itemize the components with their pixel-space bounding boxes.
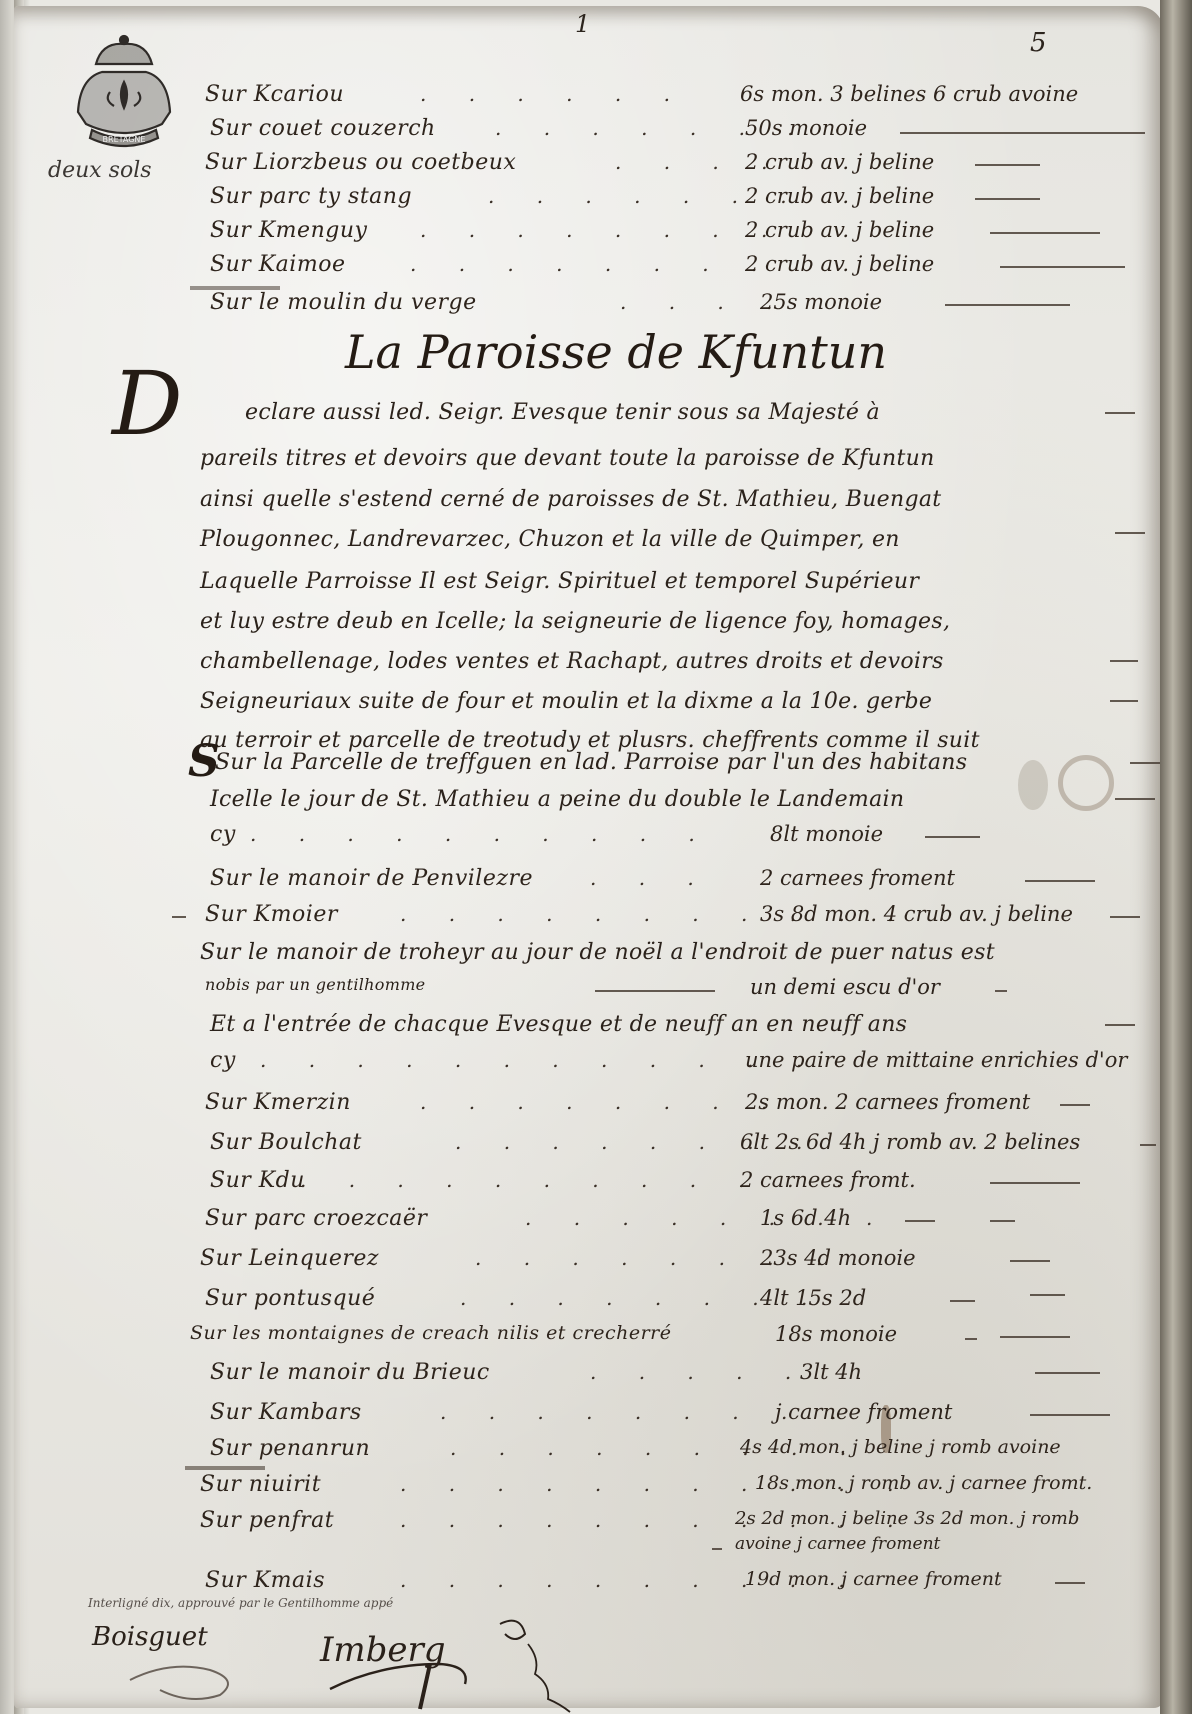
entry-value: 1s 6d 4h	[760, 1206, 851, 1230]
entry-label: Sur Kmais	[205, 1568, 325, 1593]
entry-value: 4lt 15s 2d	[760, 1286, 866, 1310]
dash-line	[975, 164, 1040, 166]
entry-value: 2 crub av. j beline	[745, 218, 934, 242]
dash-line	[990, 232, 1100, 234]
leader-dots: . . . . . . . .	[420, 1090, 785, 1114]
paragraph-line: Sur le manoir de troheyr au jour de noël…	[200, 940, 995, 965]
page-stack-edge	[1160, 0, 1192, 1714]
paragraph-line: Laquelle Parroisse Il est Seigr. Spiritu…	[200, 569, 919, 594]
dash-line	[950, 1300, 975, 1302]
svg-text:BRETAGNE: BRETAGNE	[103, 135, 146, 144]
dash-line	[1110, 916, 1140, 918]
dash-line	[1000, 1336, 1070, 1338]
section-title: La Paroisse de Kfuntun	[345, 325, 887, 379]
dash-line	[905, 1220, 935, 1222]
dash-line	[1030, 1414, 1110, 1416]
entry-value: 19d mon. j carnee froment	[745, 1568, 1002, 1590]
entry-label: Sur parc croezcaër	[205, 1206, 427, 1231]
entry-value: 2 crub av. j beline	[745, 252, 934, 276]
entry-value: 4s 4d mon. j beline j romb avoine	[740, 1436, 1061, 1458]
royal-stamp: BRETAGNE	[66, 34, 182, 152]
dash-line	[1060, 1104, 1090, 1106]
dash-line	[990, 1182, 1080, 1184]
entry-value: 6s mon. 3 belines 6 crub avoine	[740, 82, 1078, 106]
paragraph-line: eclare aussi led. Seigr. Evesque tenir s…	[245, 400, 880, 425]
dash-line	[1140, 1144, 1156, 1146]
paragraph-line: Et a l'entrée de chacque Evesque et de n…	[210, 1012, 907, 1037]
paragraph-line: Sur la Parcelle de treffguen en lad. Par…	[215, 750, 967, 775]
dash-line	[1105, 412, 1135, 414]
dash-line	[1110, 660, 1138, 662]
entry-value-line2: avoine j carnee froment	[735, 1534, 940, 1554]
entry-label: Sur le manoir du Brieuc	[210, 1360, 490, 1385]
entry-label: Sur Kdu	[210, 1168, 305, 1193]
ci-value: 8lt monoie	[770, 822, 883, 846]
dash-line	[595, 990, 715, 992]
ink-stain	[1058, 755, 1114, 811]
leader-dots: . . .	[590, 866, 712, 890]
entry-value: 3s 8d mon. 4 crub av. j beline	[760, 902, 1073, 926]
paragraph-line: pareils titres et devoirs que devant tou…	[200, 446, 935, 471]
dash-line	[1035, 1372, 1100, 1374]
entry-value: 50s monoie	[745, 116, 867, 140]
leader-dots: . . . . . .	[420, 82, 688, 106]
dash-line	[1000, 266, 1125, 268]
leader-dots: . . . . . . . .	[420, 218, 785, 242]
dash-line	[1110, 700, 1138, 702]
entry-label: Sur les montaignes de creach nilis et cr…	[190, 1322, 672, 1344]
paragraph-line: chambellenage, lodes ventes et Rachapt, …	[200, 649, 944, 674]
entry-label: Sur Liorzbeus ou coetbeux	[205, 150, 516, 175]
leader-dots: . . . . . . . . . . . .	[260, 1048, 820, 1072]
dash-line	[900, 132, 1145, 134]
entry-value: 2s mon. 2 carnees froment	[745, 1090, 1030, 1114]
dash-line	[990, 1220, 1015, 1222]
entry-label: Sur Kambars	[210, 1400, 362, 1425]
crown-fleur-de-lis-icon: BRETAGNE	[66, 34, 182, 152]
entry-label: Sur le manoir de Penvilezre	[210, 866, 533, 891]
underline-stroke	[185, 1466, 265, 1470]
paragraph-line: nobis par un gentilhomme	[205, 975, 425, 994]
dash-line	[712, 1548, 722, 1550]
entry-label: Sur Kcariou	[205, 82, 344, 107]
folio-number-right: 5	[1030, 28, 1047, 58]
entry-label: Sur Kmerzin	[205, 1090, 351, 1115]
dash-line	[1010, 1260, 1050, 1262]
entry-label: Sur Kaimoe	[210, 252, 345, 277]
paragraph-line: et luy estre deub en Icelle; la seigneur…	[200, 609, 950, 634]
ci-value: une paire de mittaine enrichies d'or	[745, 1048, 1127, 1072]
ci-label: cy	[210, 1048, 236, 1073]
entry-label: Sur pontusqué	[205, 1286, 375, 1311]
entry-label: Sur penfrat	[200, 1508, 334, 1533]
dash-line	[945, 304, 1070, 306]
stamp-tax-label: deux sols	[48, 158, 152, 183]
leader-dots: . . . . .	[590, 1360, 809, 1384]
decorative-dropcap: D	[112, 360, 183, 448]
entry-label: Sur le moulin du verge	[210, 290, 477, 315]
signature-flourish-icon	[100, 1640, 260, 1710]
entry-label: Sur Boulchat	[210, 1130, 362, 1155]
entry-label: Sur niuirit	[200, 1472, 321, 1497]
folio-number-center: 1	[575, 10, 590, 38]
dash-line	[995, 990, 1007, 992]
entry-value: 23s 4d monoie	[760, 1246, 916, 1270]
dash-line	[1055, 1582, 1085, 1584]
entry-label: Sur couet couzerch	[210, 116, 436, 141]
dash-line	[1030, 1294, 1065, 1296]
entry-value: 2 crub av. j beline	[745, 184, 934, 208]
dash-line	[1115, 532, 1145, 534]
entry-label: Sur Kmenguy	[210, 218, 367, 243]
paragraph-line: ainsi quelle s'estend cerné de paroisses…	[200, 487, 941, 512]
entry-value: 18s mon. j romb av. j carnee fromt.	[755, 1472, 1092, 1494]
entry-value: 25s monoie	[760, 290, 882, 314]
dash-line	[975, 198, 1040, 200]
dash-line	[925, 836, 980, 838]
entry-value: 18s monoie	[775, 1322, 897, 1346]
margin-dash	[172, 916, 186, 918]
dash-line	[1025, 880, 1095, 882]
water-stain	[1018, 760, 1048, 810]
entry-value: 2 crub av. j beline	[745, 150, 934, 174]
dash-line	[1115, 798, 1155, 800]
entry-value: 2 carnees fromt.	[740, 1168, 916, 1192]
clause-value: un demi escu d'or	[750, 975, 940, 999]
entry-value: 6lt 2s 6d 4h j romb av. 2 belines	[740, 1130, 1080, 1154]
leader-dots: . . . . . . . . . .	[250, 822, 713, 846]
entry-value: j carnee froment	[775, 1400, 952, 1424]
paragraph-line: Plougonnec, Landrevarzec, Chuzon et la v…	[200, 527, 900, 552]
dash-line	[1105, 1024, 1135, 1026]
signature-flourish-icon	[300, 1604, 600, 1714]
entry-label: Sur Leinquerez	[200, 1246, 379, 1271]
leader-dots: . . . . . . . .	[410, 252, 775, 276]
entry-value: 2 carnees froment	[760, 866, 955, 890]
entry-value: 2s 2d mon. j beline 3s 2d mon. j romb	[735, 1508, 1079, 1529]
entry-label: Sur parc ty stang	[210, 184, 412, 209]
paragraph-line: Icelle le jour de St. Mathieu a peine du…	[210, 787, 904, 812]
paragraph-line: Seigneuriaux suite de four et moulin et …	[200, 689, 932, 714]
entry-label: Sur Kmoier	[205, 902, 338, 927]
dash-line	[1130, 762, 1160, 764]
dash-line	[965, 1338, 977, 1340]
entry-label: Sur penanrun	[210, 1436, 370, 1461]
ci-label: cy	[210, 822, 236, 847]
entry-value: 3lt 4h	[800, 1360, 862, 1384]
